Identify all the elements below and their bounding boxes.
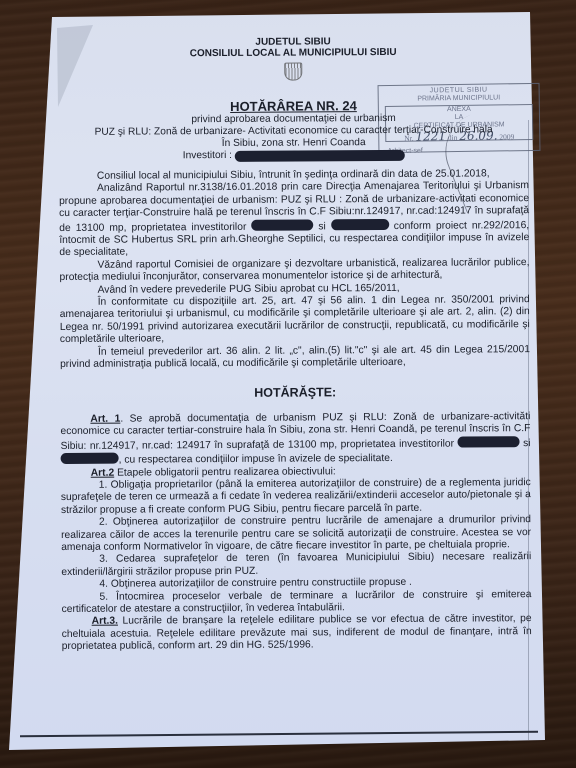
article-2-label: Art.2 — [91, 467, 115, 478]
coat-of-arms-icon — [284, 63, 302, 81]
redacted-investor-name — [251, 219, 313, 230]
preamble-law-215: În temeiul prevederilor art. 36 alin. 2 … — [60, 344, 530, 372]
preamble-law-350: În conformitate cu dispoziţiile art. 25,… — [60, 294, 530, 346]
article-2-item: 2. Obţinerea autorizaţiilor de construir… — [61, 514, 531, 554]
redacted-investor-name — [331, 219, 389, 230]
redacted-investor-name — [61, 453, 119, 464]
article-2-item: 5. Întocmirea proceselor verbale de term… — [61, 589, 531, 617]
investors-label: Investitori : — [183, 150, 232, 161]
article-1-label: Art. 1 — [90, 414, 120, 425]
conjunction: si — [318, 221, 326, 232]
article-2-item: 1. Obligaţia proprietarilor (până la emi… — [61, 477, 531, 517]
redacted-investor-name — [458, 436, 520, 447]
preamble-report: Analizând Raportul nr.3138/16.01.2018 pr… — [59, 181, 529, 260]
redacted-investor-names: [redacted] — [235, 150, 405, 162]
article-2-item: 3. Cedarea suprafeţelor de teren (în fav… — [61, 551, 531, 579]
decision-heading: HOTĂRĂŞTE: — [60, 385, 530, 400]
document-body: JUDETUL SIBIU CONSILIUL LOCAL AL MUNICIP… — [58, 25, 532, 653]
article-3: Art.3. Lucrările de branşare la reţelele… — [62, 614, 532, 654]
article-1: Art. 1. Se aprobă documentaţia de urbani… — [60, 411, 530, 467]
article-1-text-cont: , cu respectarea condiţiilor impuse în a… — [119, 453, 393, 466]
article-2-intro: Etapele obligatorii pentru realizarea ob… — [114, 466, 336, 478]
preamble-commission: Văzând raportul Comisiei de organizare ş… — [59, 257, 529, 285]
article-3-label: Art.3. — [92, 616, 118, 627]
council-header: CONSILIUL LOCAL AL MUNICIPIULUI SIBIU — [58, 46, 528, 60]
conjunction: si — [523, 438, 531, 449]
article-3-text: Lucrările de branşare la reţelele edilit… — [62, 614, 532, 653]
